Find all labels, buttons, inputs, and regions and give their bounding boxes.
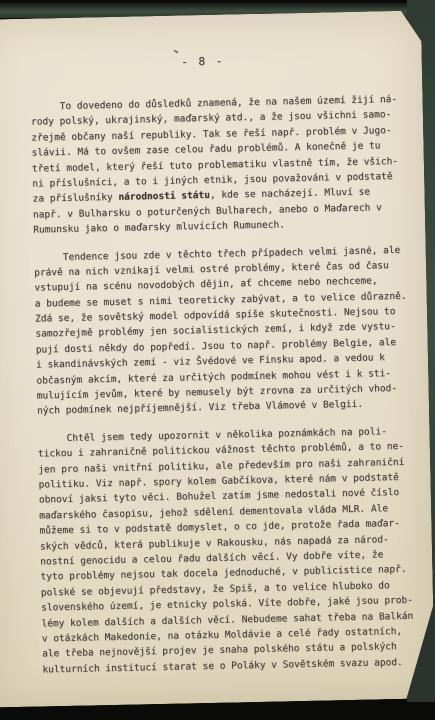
paragraph: To dovedeno do důsledků znamená, že na n…	[31, 92, 404, 238]
paragraph: Tendence jsou zde v těchto třech případe…	[34, 242, 407, 419]
emphasized-text: státu	[181, 190, 210, 202]
page-number: - 8 -	[6, 51, 400, 72]
text-segment: , kde se nacházejí. Mluví se	[210, 187, 370, 201]
emphasized-text: národnosti	[118, 191, 175, 203]
document-page: - 8 - To dovedeno do důsledků znamená, ž…	[0, 10, 435, 707]
page-body: To dovedeno do důsledků znamená, že na n…	[31, 92, 413, 678]
ink-artifact	[173, 49, 178, 53]
text-segment: za příslušníky	[33, 192, 119, 205]
paragraph: Chtěl jsem tedy upozornit v několika poz…	[37, 424, 412, 678]
photo-frame: - 8 - To dovedeno do důsledků znamená, ž…	[0, 0, 435, 720]
